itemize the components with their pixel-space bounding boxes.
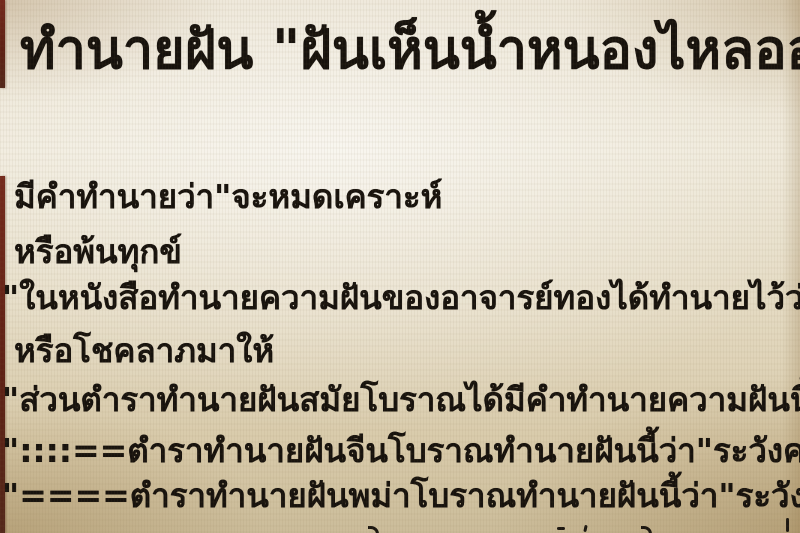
- body-line: มีคำทำนายว่า"จะหมดเคราะห์: [14, 176, 442, 218]
- clipped-glyph-fragment: [368, 526, 379, 533]
- clipped-glyph-fragment: [557, 527, 565, 530]
- clipped-glyph-fragment: [583, 525, 587, 532]
- body-line: หรือโชคลาภมาให้: [14, 330, 274, 372]
- body-line: "====ตำราทำนายฝันพม่าโบราณทำนายฝันนี้ว่า…: [2, 475, 800, 517]
- body-line: "ในหนังสือทำนายความฝันของอาจารย์ทองได้ทำ…: [2, 277, 800, 319]
- body-line: หรือพ้นทุกข์: [14, 231, 182, 273]
- body-line: "::::==ตำราทำนายฝันจีนโบราณทำนายฝันนี้ว่…: [2, 430, 800, 472]
- aged-paper-page: ทำนายฝัน "ฝันเห็นน้ำหนองไหลออกจากปาก มีค…: [0, 0, 800, 533]
- clipped-glyph-fragment: [641, 526, 652, 533]
- body-line: "ส่วนตำราทำนายฝันสมัยโบราณได้มีคำทำนายคว…: [2, 379, 800, 421]
- left-edge-maroon-strip-top: [0, 0, 5, 88]
- page-title: ทำนายฝัน "ฝันเห็นน้ำหนองไหลออกจากปาก: [20, 14, 800, 85]
- clipped-glyph-fragment: [786, 518, 789, 532]
